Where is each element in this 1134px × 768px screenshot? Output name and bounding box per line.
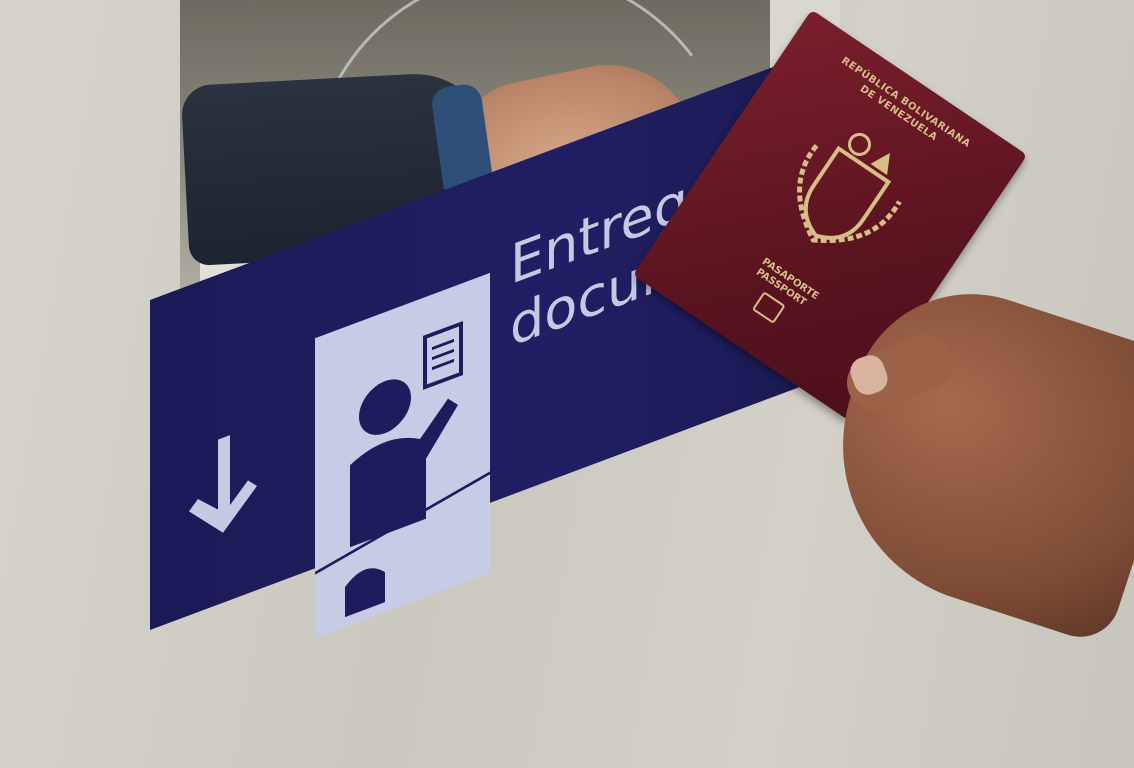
biometric-chip-icon [752,291,786,324]
photo-scene: Entrega de documentos REPÚBLICA BOLIVARI… [0,0,1134,768]
arrow-down-icon [188,420,258,556]
coat-of-arms-icon [758,107,930,282]
